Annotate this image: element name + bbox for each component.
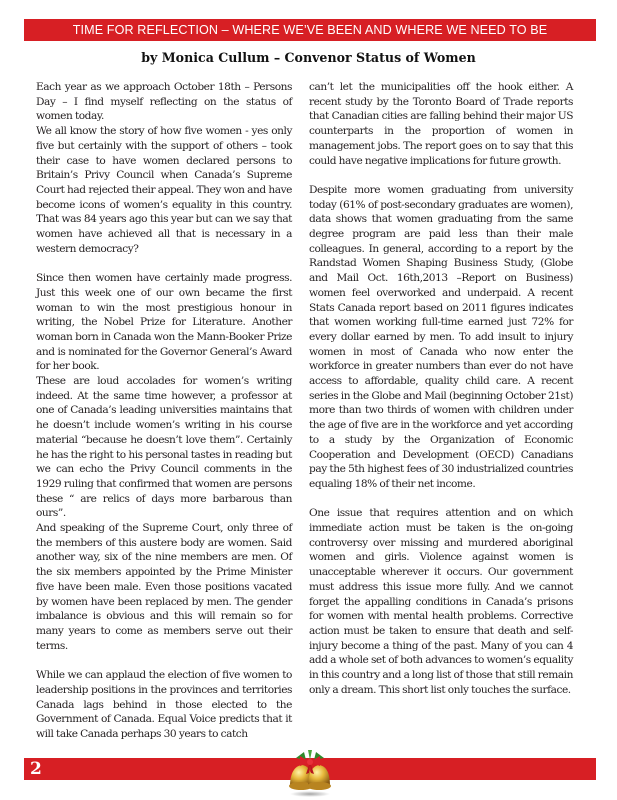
paragraph: And speaking of the Supreme Court, only … — [36, 521, 292, 653]
paragraph: These are loud accolades for women’s wri… — [36, 374, 292, 521]
byline: by Monica Cullum – Convenor Status of Wo… — [0, 50, 617, 65]
article-column-right: can’t let the municipalities off the hoo… — [309, 80, 573, 698]
paragraph: Each year as we approach October 18th – … — [36, 80, 292, 124]
paragraph: While we can applaud the election of fiv… — [36, 668, 292, 742]
christmas-bells-icon — [282, 746, 338, 798]
header-banner: TIME FOR REFLECTION – WHERE WE’VE BEEN A… — [24, 19, 596, 41]
paragraph: can’t let the municipalities off the hoo… — [309, 80, 573, 168]
paragraph: We all know the story of how five women … — [36, 124, 292, 256]
article-title: TIME FOR REFLECTION – WHERE WE’VE BEEN A… — [73, 23, 548, 37]
paragraph: Despite more women graduating from unive… — [309, 183, 573, 492]
paragraph: One issue that requires attention and on… — [309, 506, 573, 697]
article-column-left: Each year as we approach October 18th – … — [36, 80, 292, 742]
page-number: 2 — [30, 757, 42, 781]
paragraph: Since then women have certainly made pro… — [36, 271, 292, 374]
